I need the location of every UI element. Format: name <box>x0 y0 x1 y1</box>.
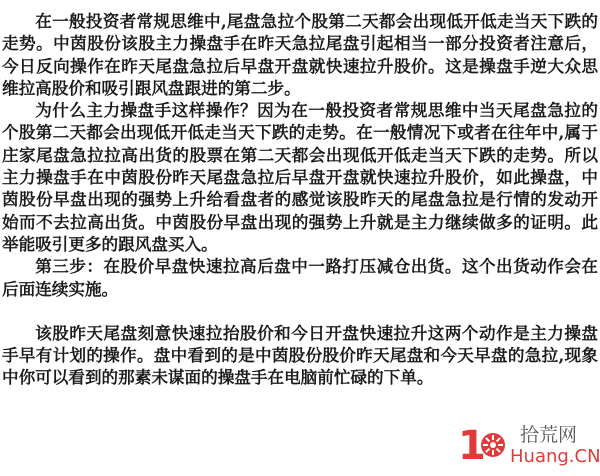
paragraph-2: 为什么主力操盘手这样操作？因为在一般投资者常规思维中当天尾盘急拉的个股第二天都会… <box>2 99 598 255</box>
paragraph-gap <box>2 300 598 322</box>
logo-en-text: Huang.CN <box>510 446 600 468</box>
watermark-logo: 1 拾荒网 Huang.CN <box>458 424 598 468</box>
document-body: 在一般投资者常规思维中,尾盘急拉个股第二天都会出现低开低走当天下跌的走势。中茵股… <box>2 10 598 389</box>
paragraph-4: 该股昨天尾盘刻意快速拉抬股价和今日开盘快速拉升这两个动作是主力操盘手早有计划的操… <box>2 322 598 389</box>
logo-cn-text: 拾荒网 <box>520 424 577 446</box>
paragraph-3: 第三步：在股价早盘快速拉高后盘中一路打压减仓出货。这个出货动作会在后面连续实施。 <box>2 255 598 300</box>
paragraph-1: 在一般投资者常规思维中,尾盘急拉个股第二天都会出现低开低走当天下跌的走势。中茵股… <box>2 10 598 99</box>
gear-icon <box>478 430 508 460</box>
